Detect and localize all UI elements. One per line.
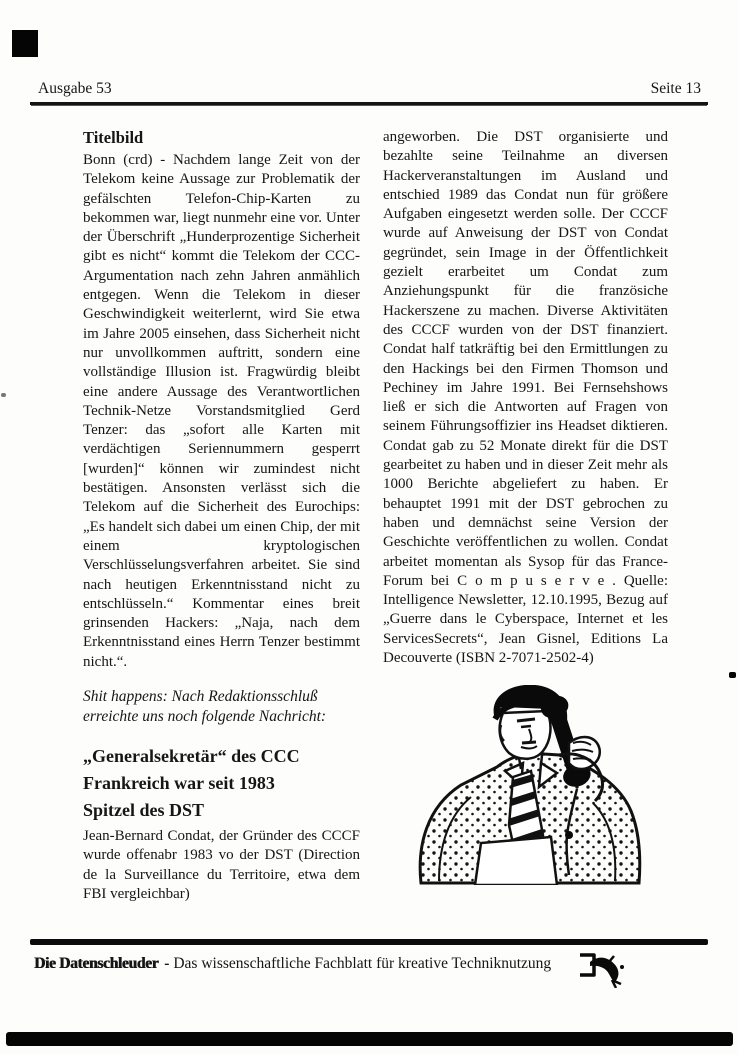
left-column: Titelbild Bonn (crd) - Nachdem lange Zei…	[83, 128, 360, 904]
scan-artifact-top-left	[12, 30, 38, 57]
headline-generalsekretaer: „Generalsekretär“ des CCC Frankreich war…	[83, 743, 360, 824]
man-on-phone-drawing	[409, 685, 647, 885]
header-rule	[30, 102, 708, 105]
editorial-note: Shit happens: Nach Redaktionsschluß erre…	[83, 687, 360, 726]
article-columns: Titelbild Bonn (crd) - Nachdem lange Zei…	[83, 128, 668, 904]
footer-line: Die Datenschleuder-Das wissenschaftliche…	[34, 955, 551, 973]
slingshot-hand-icon	[576, 950, 628, 988]
article-paragraph-condat-continued: angeworben. Die DST organisierte und bez…	[383, 128, 668, 668]
man-on-phone-illustration	[409, 685, 647, 885]
footer-separator: -	[164, 955, 169, 972]
scan-artifact-bottom-edge	[6, 1032, 733, 1046]
footer-brand: Die Datenschleuder	[34, 955, 158, 972]
header-issue-label: Ausgabe 53	[38, 80, 112, 98]
scan-artifact-left-dot	[1, 393, 6, 397]
headline-line-3: Spitzel des DST	[83, 797, 360, 824]
header-page-number: Seite 13	[651, 80, 701, 98]
headline-line-2: Frankreich war seit 1983	[83, 770, 360, 797]
scanned-magazine-page: Ausgabe 53 Seite 13 Titelbild Bonn (crd)…	[0, 0, 739, 1055]
scan-artifact-right-dot	[729, 672, 736, 678]
article-paragraph-titelbild: Bonn (crd) - Nachdem lange Zeit von der …	[83, 151, 360, 672]
footer-tagline: Das wissenschaftliche Fachblatt für krea…	[173, 955, 551, 972]
right-column: angeworben. Die DST organisierte und bez…	[383, 128, 668, 904]
headline-line-1: „Generalsekretär“ des CCC	[83, 743, 360, 770]
section-title-titelbild: Titelbild	[83, 128, 360, 148]
article-paragraph-condat-intro: Jean-Bernard Condat, der Gründer des CCC…	[83, 827, 360, 904]
footer-rule	[30, 939, 708, 945]
